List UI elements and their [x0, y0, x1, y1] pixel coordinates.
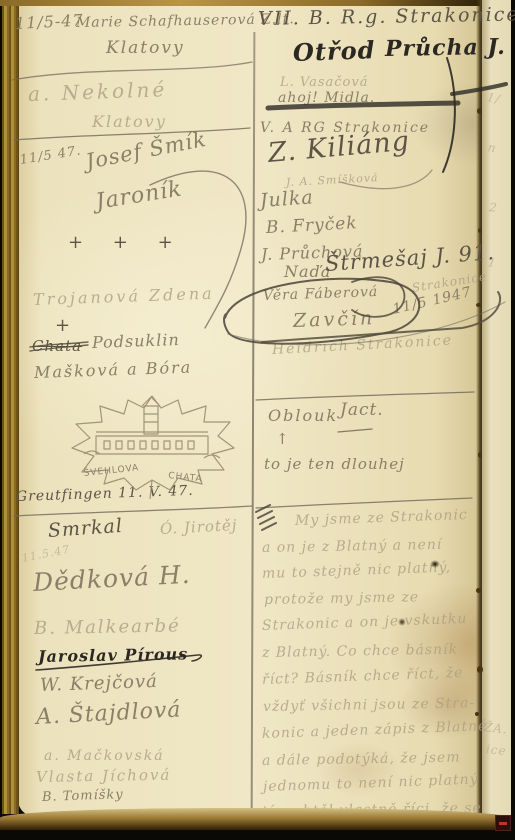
entry-podsuklin: Podsuklin [92, 330, 180, 352]
gilt-page-edges [2, 6, 19, 814]
entry-three-crosses: + + + [68, 232, 185, 253]
signature-otrod: Otřod [292, 35, 375, 67]
bottom-border [0, 830, 515, 840]
edge-mark: 1/ [486, 90, 502, 106]
signature-pirous: Jaroslav Pírous [38, 644, 189, 666]
edge-mark: ice [485, 742, 507, 758]
entry-mackovska: a. Mačkovská [44, 748, 165, 764]
entry-jact: Jact. [340, 400, 384, 420]
stain [476, 303, 481, 307]
stain [477, 108, 482, 114]
entry-malkearbe: B. Malkearbé [34, 615, 181, 639]
right-border [511, 0, 515, 840]
entry-klatovy-top: Klatovy [106, 38, 185, 58]
entry-ahoj-midla: ahoj! Midla. [278, 90, 375, 106]
entry-date-top: 11/5-47 [15, 10, 85, 33]
entry-vasacova: L. Vasačová [280, 75, 368, 90]
entry-tomisky: B. Tomíšky [42, 787, 124, 805]
next-page-sliver [480, 0, 511, 830]
note-line: a on je z Blatný a není [262, 537, 443, 556]
stain [430, 560, 440, 568]
signature-zavcin: Zavčín [293, 307, 376, 332]
stain [478, 228, 482, 233]
edge-mark: ŽA. [483, 720, 508, 736]
signature-prucha: Průcha J. [385, 34, 506, 62]
entry-julka: Julka [259, 186, 314, 212]
note-line: protože my jsme ze [264, 589, 419, 608]
arrow-up-mark: ↑ [276, 430, 290, 448]
guestbook-page-photo: 11/5-47 Marie Schafhauserová Z.lt. Klato… [0, 0, 515, 840]
stain [475, 712, 479, 716]
entry-class-strakonice: VII. B. R.g. Strakonice. [258, 3, 515, 30]
entry-jichova: Vlasta Jíchová [36, 766, 172, 786]
entry-chata-struck: Chata [32, 337, 82, 355]
entry-dlouhej: to je ten dlouhej [264, 455, 405, 473]
entry-oblouk: Oblouk [268, 406, 338, 425]
entry-nekolne: a. Nekolné [28, 77, 168, 106]
red-marker-icon [495, 815, 511, 831]
stain [477, 666, 483, 673]
stain [476, 588, 481, 593]
note-line: z Blatný. Co chce básník [262, 642, 458, 661]
stain [398, 618, 406, 626]
entry-klatovy-2: Klatovy [92, 112, 167, 131]
cross-mark: + [55, 315, 71, 336]
stain [478, 452, 482, 458]
entry-krejcova: W. Krejčová [40, 671, 159, 696]
binding-seam [476, 0, 482, 832]
edge-mark: 2 [488, 200, 499, 215]
